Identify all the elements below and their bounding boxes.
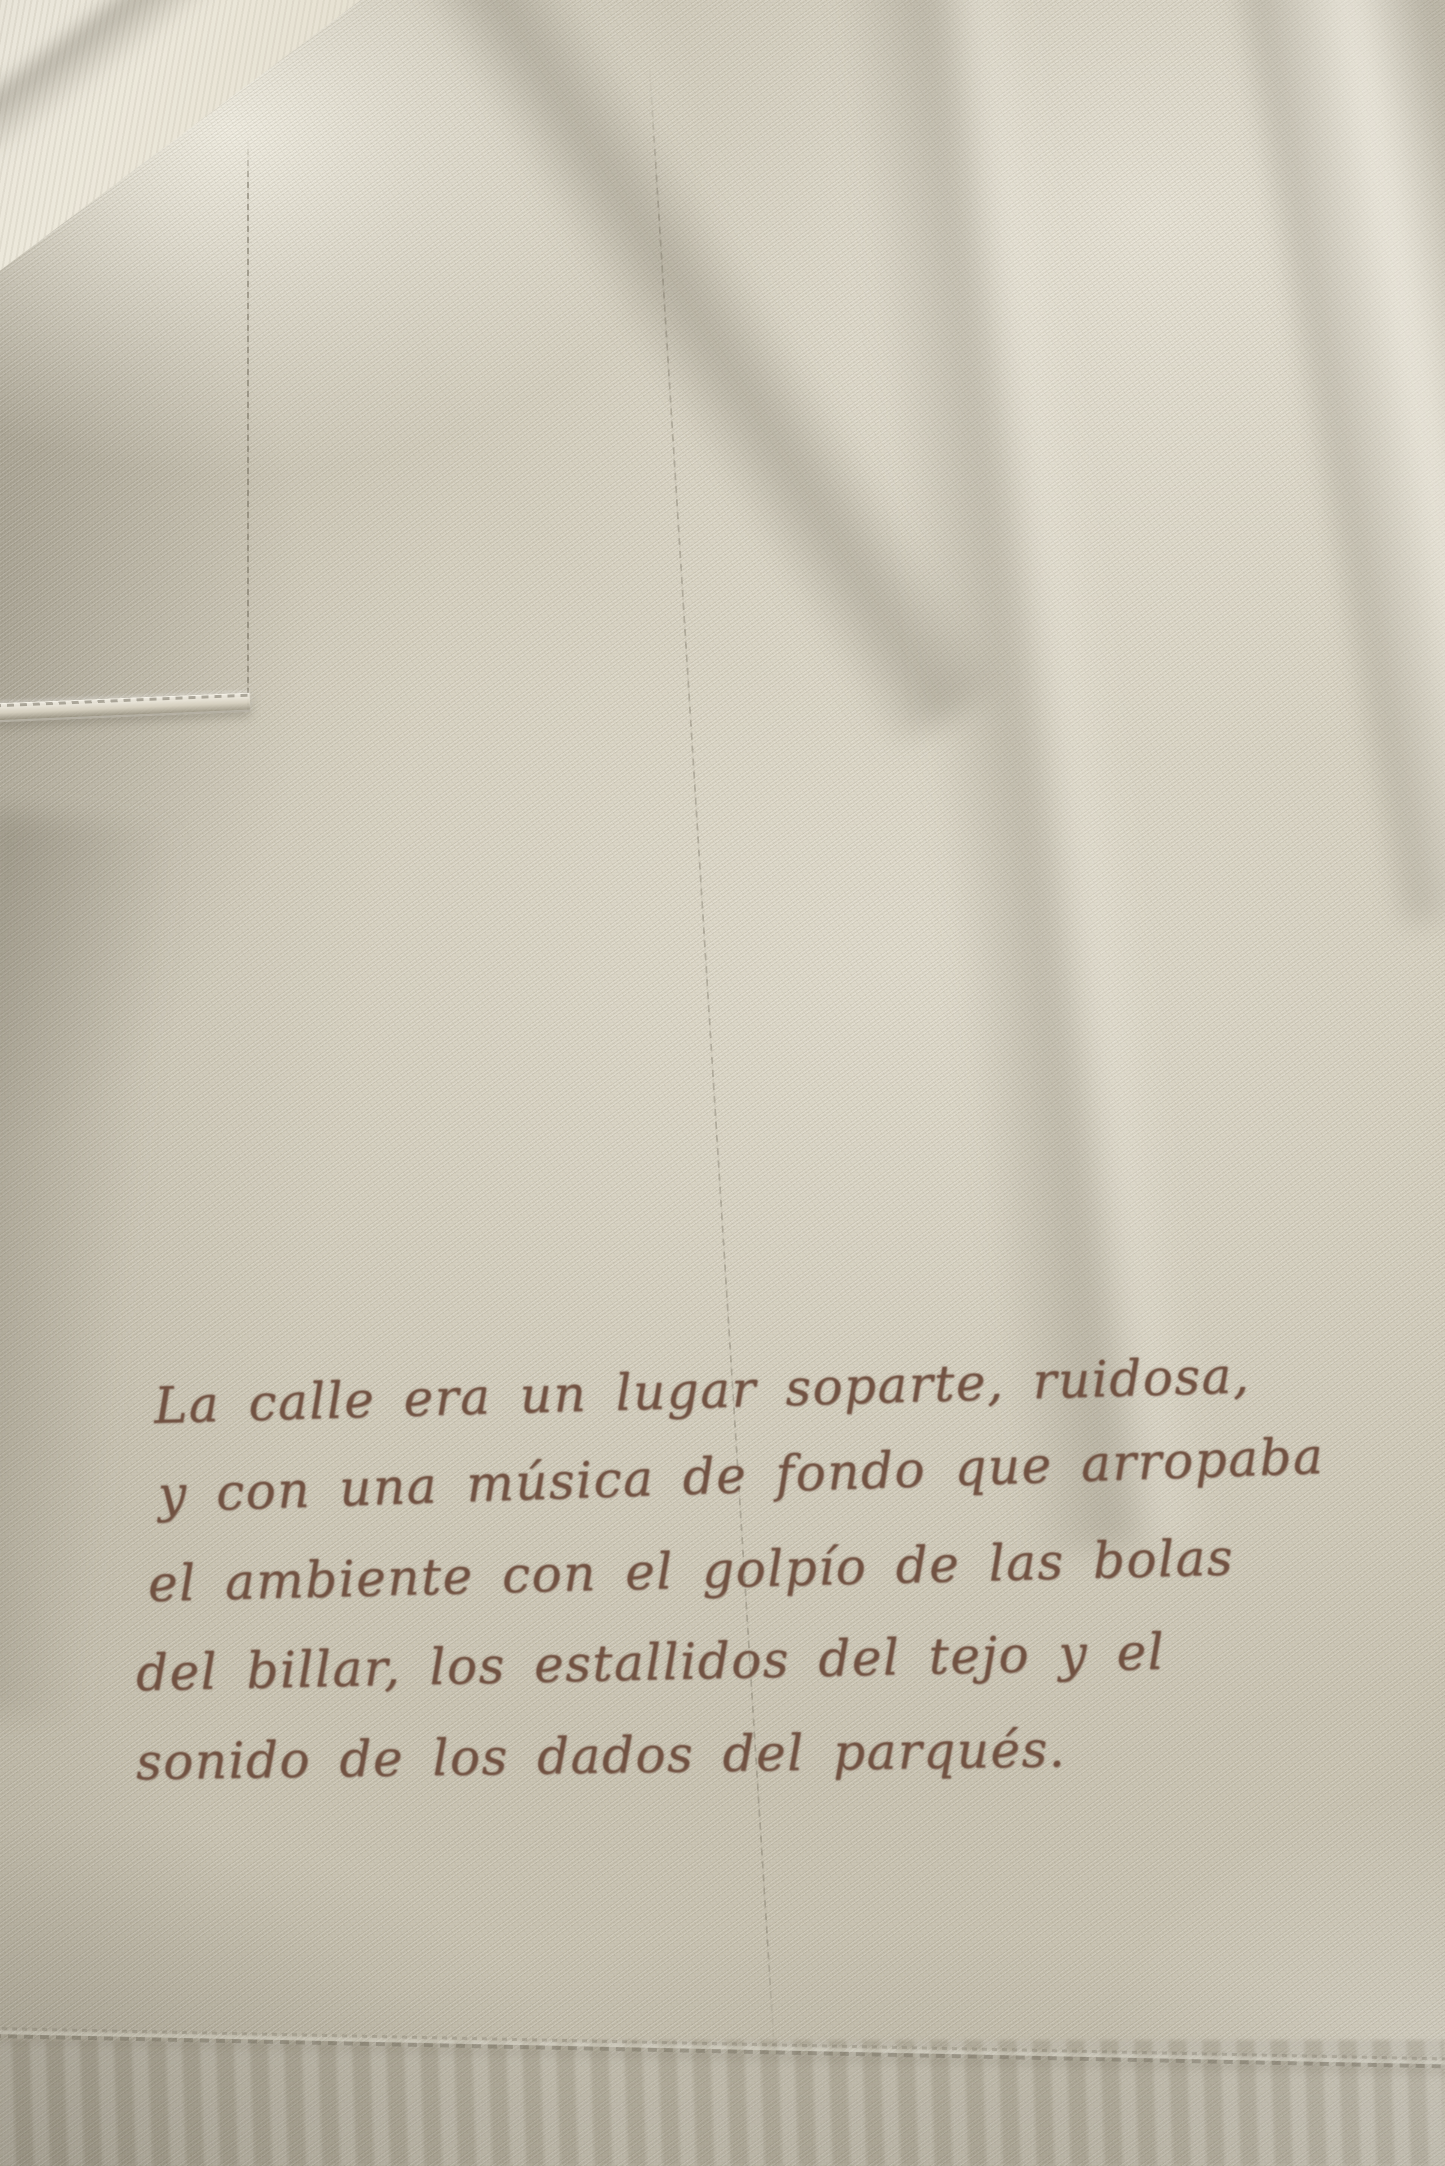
twill-weave-texture bbox=[0, 0, 1445, 2166]
fold-shadow-top-center bbox=[391, 0, 1008, 754]
fabric-photo: La calle era un lugar soparte, ruidosa, … bbox=[0, 0, 1445, 2166]
hem-panel bbox=[0, 2040, 1445, 2166]
fabric-grain-texture bbox=[0, 0, 1445, 2166]
quote-line: sonido de los dados del parqués. bbox=[135, 1702, 1303, 1807]
fold-ridge-right bbox=[1237, 0, 1445, 925]
front-edge-topstitch-seam bbox=[247, 138, 249, 710]
handwritten-quote: La calle era un lugar soparte, ruidosa, … bbox=[148, 1362, 1315, 1807]
fold-shadow-center bbox=[831, 0, 1217, 1560]
vignette bbox=[0, 0, 1445, 2166]
chest-pocket-welt bbox=[0, 693, 250, 723]
drape-lighting bbox=[0, 0, 1445, 2166]
